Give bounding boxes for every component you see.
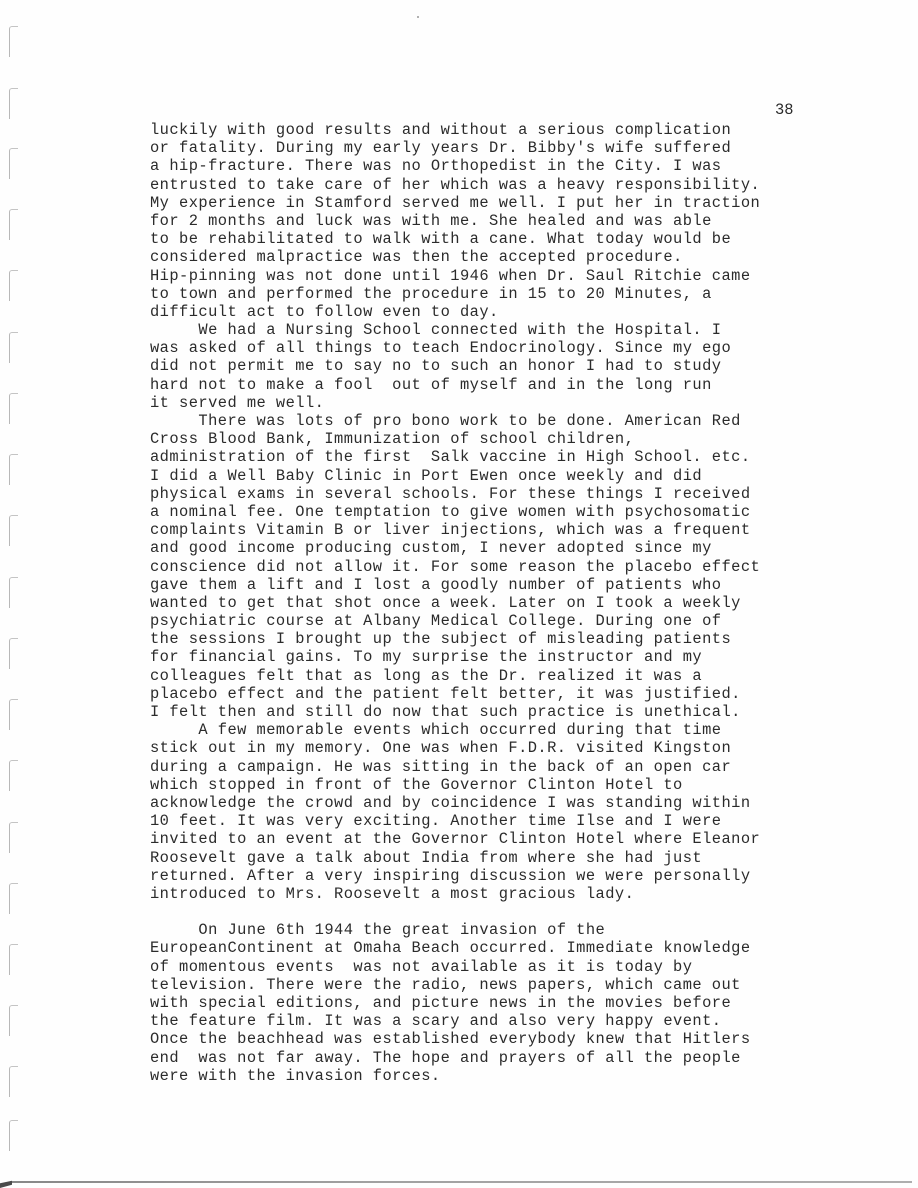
text-line: of momentous events was not available as… (150, 958, 850, 976)
binder-hole-mark (9, 26, 18, 57)
text-line: conscience did not allow it. For some re… (150, 558, 850, 576)
text-line: introduced to Mrs. Roosevelt a most grac… (150, 885, 850, 903)
text-line: psychiatric course at Albany Medical Col… (150, 612, 850, 630)
text-line: a nominal fee. One temptation to give wo… (150, 503, 850, 521)
text-line: to town and performed the procedure in 1… (150, 285, 850, 303)
binder-hole-mark (9, 1120, 18, 1151)
text-line (150, 903, 850, 921)
text-line: luckily with good results and without a … (150, 121, 850, 139)
text-line: wanted to get that shot once a week. Lat… (150, 594, 850, 612)
binder-hole-mark (9, 515, 18, 546)
text-line: gave them a lift and I lost a goodly num… (150, 576, 850, 594)
text-line: administration of the first Salk vaccine… (150, 448, 850, 466)
text-line: Once the beachhead was established every… (150, 1030, 850, 1048)
text-line: which stopped in front of the Governor C… (150, 776, 850, 794)
text-line: or fatality. During my early years Dr. B… (150, 139, 850, 157)
page-bottom-edge (10, 1181, 912, 1183)
binder-hole-mark (9, 393, 18, 424)
text-line: for financial gains. To my surprise the … (150, 648, 850, 666)
text-line: Roosevelt gave a talk about India from w… (150, 849, 850, 867)
text-line: the sessions I brought up the subject of… (150, 630, 850, 648)
text-line: Cross Blood Bank, Immunization of school… (150, 430, 850, 448)
text-line: physical exams in several schools. For t… (150, 485, 850, 503)
binder-hole-mark (9, 1005, 18, 1036)
text-line: My experience in Stamford served me well… (150, 194, 850, 212)
text-line: A few memorable events which occurred du… (150, 721, 850, 739)
text-line: There was lots of pro bono work to be do… (150, 412, 850, 430)
text-line: I did a Well Baby Clinic in Port Ewen on… (150, 467, 850, 485)
scan-speck (417, 16, 419, 18)
text-line: stick out in my memory. One was when F.D… (150, 739, 850, 757)
text-line: colleagues felt that as long as the Dr. … (150, 667, 850, 685)
text-line: On June 6th 1944 the great invasion of t… (150, 921, 850, 939)
binder-hole-mark (9, 454, 18, 485)
text-line: to be rehabilitated to walk with a cane.… (150, 230, 850, 248)
text-line: for 2 months and luck was with me. She h… (150, 212, 850, 230)
text-line: was asked of all things to teach Endocri… (150, 339, 850, 357)
text-line: invited to an event at the Governor Clin… (150, 830, 850, 848)
text-line: EuropeanContinent at Omaha Beach occurre… (150, 939, 850, 957)
text-line: Hip-pinning was not done until 1946 when… (150, 267, 850, 285)
text-line: television. There were the radio, news p… (150, 976, 850, 994)
document-page: 38 luckily with good results and without… (0, 0, 918, 1188)
text-line: We had a Nursing School connected with t… (150, 321, 850, 339)
text-line: acknowledge the crowd and by coincidence… (150, 794, 850, 812)
binder-hole-mark (9, 944, 18, 975)
text-line: end was not far away. The hope and praye… (150, 1049, 850, 1067)
page-number: 38 (775, 101, 793, 119)
text-line: with special editions, and picture news … (150, 994, 850, 1012)
binder-hole-mark (9, 1066, 18, 1097)
binder-hole-mark (9, 699, 18, 730)
text-line: and good income producing custom, I neve… (150, 539, 850, 557)
text-line: entrusted to take care of her which was … (150, 176, 850, 194)
text-line: the feature film. It was a scary and als… (150, 1012, 850, 1030)
page-bottom-corner (0, 1180, 12, 1188)
binder-hole-mark (9, 577, 18, 608)
text-line: difficult act to follow even to day. (150, 303, 850, 321)
text-line: returned. After a very inspiring discuss… (150, 867, 850, 885)
text-line: complaints Vitamin B or liver injections… (150, 521, 850, 539)
text-line: did not permit me to say no to such an h… (150, 357, 850, 375)
binder-hole-mark (9, 883, 18, 914)
body-text: luckily with good results and without a … (150, 121, 850, 1085)
binder-hole-mark (9, 760, 18, 791)
text-line: a hip-fracture. There was no Orthopedist… (150, 157, 850, 175)
binder-hole-mark (9, 332, 18, 363)
binder-hole-mark (9, 270, 18, 301)
binder-hole-mark (9, 88, 18, 119)
text-line: hard not to make a fool out of myself an… (150, 376, 850, 394)
text-line: 10 feet. It was very exciting. Another t… (150, 812, 850, 830)
binder-hole-mark (9, 638, 18, 669)
text-line: I felt then and still do now that such p… (150, 703, 850, 721)
text-line: during a campaign. He was sitting in the… (150, 758, 850, 776)
text-line: were with the invasion forces. (150, 1067, 850, 1085)
binder-hole-mark (9, 209, 18, 240)
text-line: it served me well. (150, 394, 850, 412)
binder-hole-mark (9, 148, 18, 179)
binder-hole-mark (9, 822, 18, 853)
text-line: considered malpractice was then the acce… (150, 248, 850, 266)
text-line: placebo effect and the patient felt bett… (150, 685, 850, 703)
